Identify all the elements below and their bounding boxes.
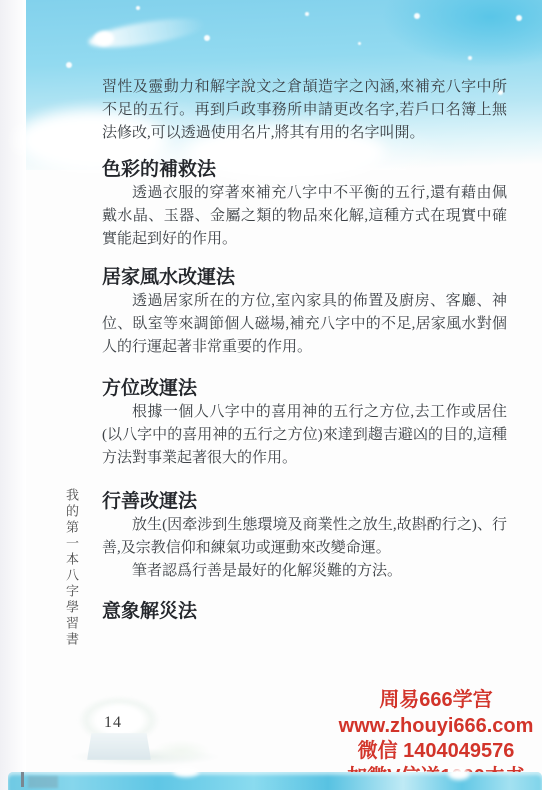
section-heading-imagery: 意象解災法 <box>102 600 507 624</box>
snow-dot <box>358 42 361 45</box>
paragraph: 透過居家所在的方位,室內家具的佈置及廚房、客廳、神位、臥室等來調節個人磁場,補充… <box>102 290 507 359</box>
paragraph: 放生(因牽涉到生態環境及商業性之放生,故斟酌行之)、行善,及宗教信仰和練氣功或運… <box>102 514 507 560</box>
watermark-line: www.zhouyi666.com <box>330 714 542 740</box>
section-heading-good-deeds: 行善改運法 <box>102 490 507 514</box>
book-page-scan: 習性及靈動力和解字說文之倉頡造字之內涵,來補充八字中所不足的五行。再到戶政事務所… <box>0 0 542 790</box>
snow-dot <box>516 15 522 21</box>
section-heading-direction: 方位改運法 <box>102 377 507 401</box>
paragraph: 透過衣服的穿著來補充八字中不平衡的五行,還有藉由佩戴水晶、玉器、金屬之類的物品來… <box>102 182 507 251</box>
page-number: 14 <box>104 714 122 732</box>
next-page-edge-notch <box>448 768 470 780</box>
snow-mound-small <box>152 740 210 762</box>
snow-dot <box>468 56 472 60</box>
next-page-edge-notch <box>173 767 199 777</box>
paragraph: 筆者認爲行善是最好的化解災難的方法。 <box>102 560 507 583</box>
spine-title: 我的第一本八字學習書 <box>62 488 81 648</box>
snow-dot <box>305 12 309 16</box>
comet-head-icon <box>94 31 114 46</box>
watermark-line: 周易666学宫 <box>330 688 542 714</box>
snow-mound-base <box>87 733 151 760</box>
paragraph-intro-continuation: 習性及靈動力和解字說文之倉頡造字之內涵,來補充八字中所不足的五行。再到戶政事務所… <box>102 76 507 145</box>
scan-smudge <box>28 776 58 788</box>
snow-dot <box>414 13 420 19</box>
snow-dot <box>204 35 210 41</box>
watermark-line: 微信 1404049576 <box>330 739 542 765</box>
section-heading-home-fengshui: 居家風水改運法 <box>102 266 507 290</box>
paragraph: 根據一個人八字中的喜用神的五行之方位,去工作或居住(以八字中的喜用神的五行之方位… <box>102 401 507 470</box>
section-heading-color-remedy: 色彩的補救法 <box>102 158 507 182</box>
next-page-edge <box>8 772 542 790</box>
snow-dot <box>136 6 140 10</box>
page-content: 習性及靈動力和解字說文之倉頡造字之內涵,來補充八字中所不足的五行。再到戶政事務所… <box>102 76 507 624</box>
scan-edge-shadow <box>0 0 26 790</box>
snow-dot <box>66 62 72 68</box>
registration-mark <box>21 772 24 787</box>
